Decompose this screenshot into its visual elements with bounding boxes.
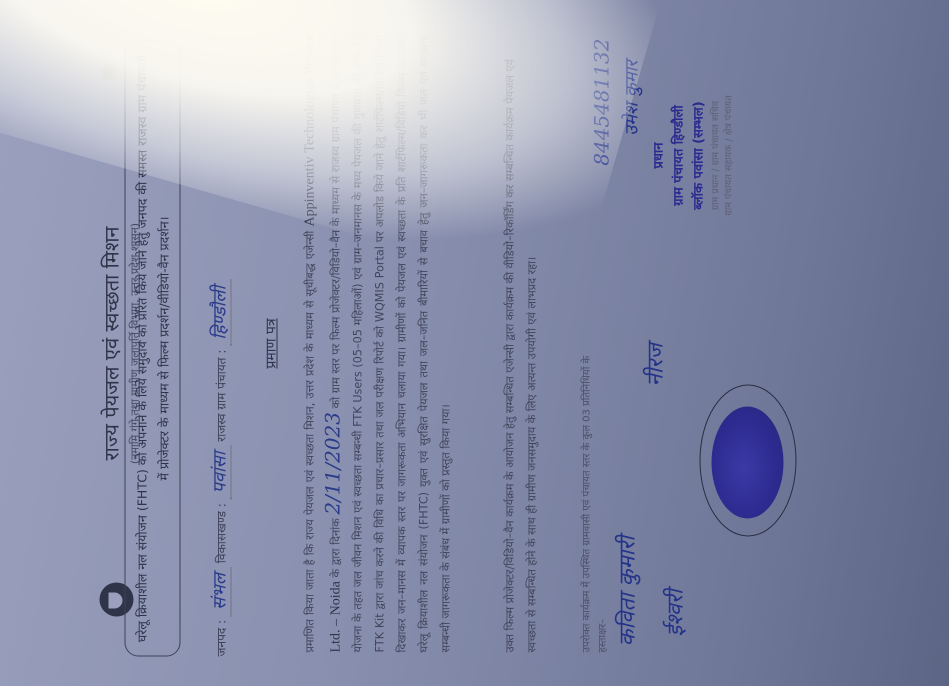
- thumbprint-icon: [712, 407, 784, 519]
- pradhan-stamp: प्रधान ग्राम पंचायत हिण्डौली ब्लॉक पवांस…: [650, 41, 736, 271]
- gram-panchayat-label: राजस्व ग्राम पंचायत :: [215, 350, 229, 442]
- body-intro: प्रमाणित किया जाता है कि राज्य पेयजल एवं…: [304, 231, 317, 653]
- certificate-paragraph-2: उक्त फिल्म प्रोजेक्टर/विडियो–वैन कार्यक्…: [500, 35, 544, 653]
- document-title: राज्य पेयजल एवं स्वच्छता मिशन: [98, 41, 125, 647]
- stamp-sub-1: ग्राम प्रधान / ग्राम पंचायत सचिव: [710, 41, 723, 271]
- signature-3: नीरज: [640, 343, 670, 386]
- vikaskhand-value: पवांसा: [210, 446, 232, 500]
- vikaskhand-label: विकासखण्ड :: [215, 503, 229, 563]
- witness-text: उपरोक्त कार्यक्रम में उपस्थित ग्रामवासी …: [580, 353, 612, 653]
- stamp-line-2: ग्राम पंचायत हिण्डौली: [670, 41, 690, 271]
- certificate-document: ✺ राज्य पेयजल एवं स्वच्छता मिशन (नमामि ग…: [0, 1, 949, 686]
- stamp-line-1: प्रधान: [650, 41, 670, 271]
- handwritten-phone: 8445481132: [590, 39, 614, 166]
- gram-panchayat-value: हिण्डौली: [210, 280, 232, 346]
- stamp-line-3: ब्लॉक पवांसा (सम्भल): [690, 41, 710, 271]
- janpad-value: संभल: [210, 567, 232, 616]
- certificate-body: प्रमाणित किया जाता है कि राज्य पेयजल एवं…: [300, 35, 458, 653]
- date-prefix: के द्वारा दिनांक: [330, 518, 343, 577]
- stamp-sub-2: ग्राम पंचायत सहायक / क्षेत्र पंचायत: [723, 41, 736, 271]
- body-text: को ग्राम स्तर पर फिल्म प्रोजेक्टर/विडियो…: [330, 35, 453, 653]
- boxed-heading: घरेलू क्रियाशील नल संयोजन (FHTC) को अपना…: [125, 41, 181, 657]
- handwritten-date: 2/11/2023: [321, 412, 345, 515]
- signature-2: ईश्वरी: [660, 589, 690, 636]
- certificate-title: प्रमाण पत्र: [262, 1, 281, 686]
- signature-1: कविता कुमारी: [612, 536, 642, 647]
- location-fields: जनपद : संभल विकासखण्ड : पवांसा राजस्व ग्…: [208, 31, 232, 657]
- janpad-label: जनपद :: [215, 620, 229, 657]
- pradhan-signature: उमेश कुमार: [620, 61, 644, 136]
